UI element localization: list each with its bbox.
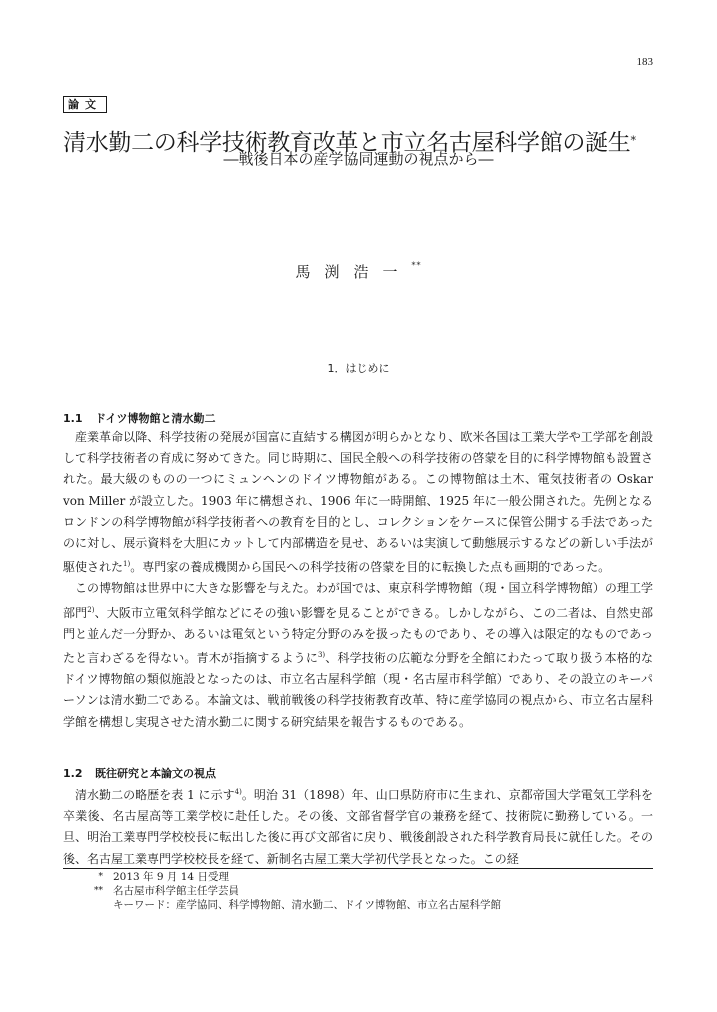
section-heading-introduction: 1．はじめに xyxy=(0,360,717,376)
subsection-number: 1.1 xyxy=(63,412,95,425)
subsection-number: 1.2 xyxy=(63,767,95,780)
body-text-1-1: 産業革命以降、科学技術の発展が国富に直結する構図が明らかとなり、欧米各国は工業大… xyxy=(63,427,653,733)
subsection-title: 既往研究と本論文の視点 xyxy=(95,767,216,780)
subsection-heading-1-1: 1.1ドイツ博物館と清水勤二 xyxy=(63,410,215,426)
footnote-text: キーワード：産学協同、科学博物館、清水勤二、ドイツ博物館、市立名古屋科学館 xyxy=(113,898,501,912)
footnote-mark xyxy=(63,898,113,912)
paragraph-text: 産業革命以降、科学技術の発展が国富に直結する構図が明らかとなり、欧米各国は工業大… xyxy=(63,430,653,574)
footnote-text: 2013 年 9 月 14 日受理 xyxy=(113,870,229,884)
footnote-divider xyxy=(63,868,653,869)
paragraph: 産業革命以降、科学技術の発展が国富に直結する構図が明らかとなり、欧米各国は工業大… xyxy=(63,427,653,578)
author-name: 馬渕浩一 xyxy=(295,263,411,281)
title-footnote-mark: * xyxy=(631,134,636,147)
subsection-title: ドイツ博物館と清水勤二 xyxy=(95,412,215,425)
footnote-received: * 2013 年 9 月 14 日受理 xyxy=(63,870,501,884)
paragraph: 清水勤二の略歴を表 1 に示す4)。明治 31（1898）年、山口県防府市に生ま… xyxy=(63,782,653,870)
reference-mark: 4) xyxy=(235,788,242,796)
footnote-keywords: キーワード：産学協同、科学博物館、清水勤二、ドイツ博物館、市立名古屋科学館 xyxy=(63,898,501,912)
page-number: 183 xyxy=(637,56,654,68)
category-label: 論文 xyxy=(63,96,107,113)
paragraph: この博物館は世界中に大きな影響を与えた。わが国では、東京科学博物館（現・国立科学… xyxy=(63,578,653,732)
paper-subtitle: ―戦後日本の産学協同運動の視点から― xyxy=(0,148,717,170)
footnotes: * 2013 年 9 月 14 日受理 ** 名古屋市科学館主任学芸員 キーワー… xyxy=(63,870,501,912)
body-text-1-2: 清水勤二の略歴を表 1 に示す4)。明治 31（1898）年、山口県防府市に生ま… xyxy=(63,782,653,870)
footnote-text: 名古屋市科学館主任学芸員 xyxy=(113,884,239,898)
author: 馬渕浩一** xyxy=(0,261,717,282)
footnote-mark: * xyxy=(63,870,113,884)
author-footnote-mark: ** xyxy=(412,261,422,270)
paragraph-text: 。専門家の養成機関から国民への科学技術の啓蒙を目的に転換した点も画期的であった。 xyxy=(130,560,610,574)
subsection-heading-1-2: 1.2既往研究と本論文の視点 xyxy=(63,765,216,781)
paragraph-text: 清水勤二の略歴を表 1 に示す xyxy=(75,788,235,802)
footnote-mark: ** xyxy=(63,884,113,898)
footnote-affiliation: ** 名古屋市科学館主任学芸員 xyxy=(63,884,501,898)
